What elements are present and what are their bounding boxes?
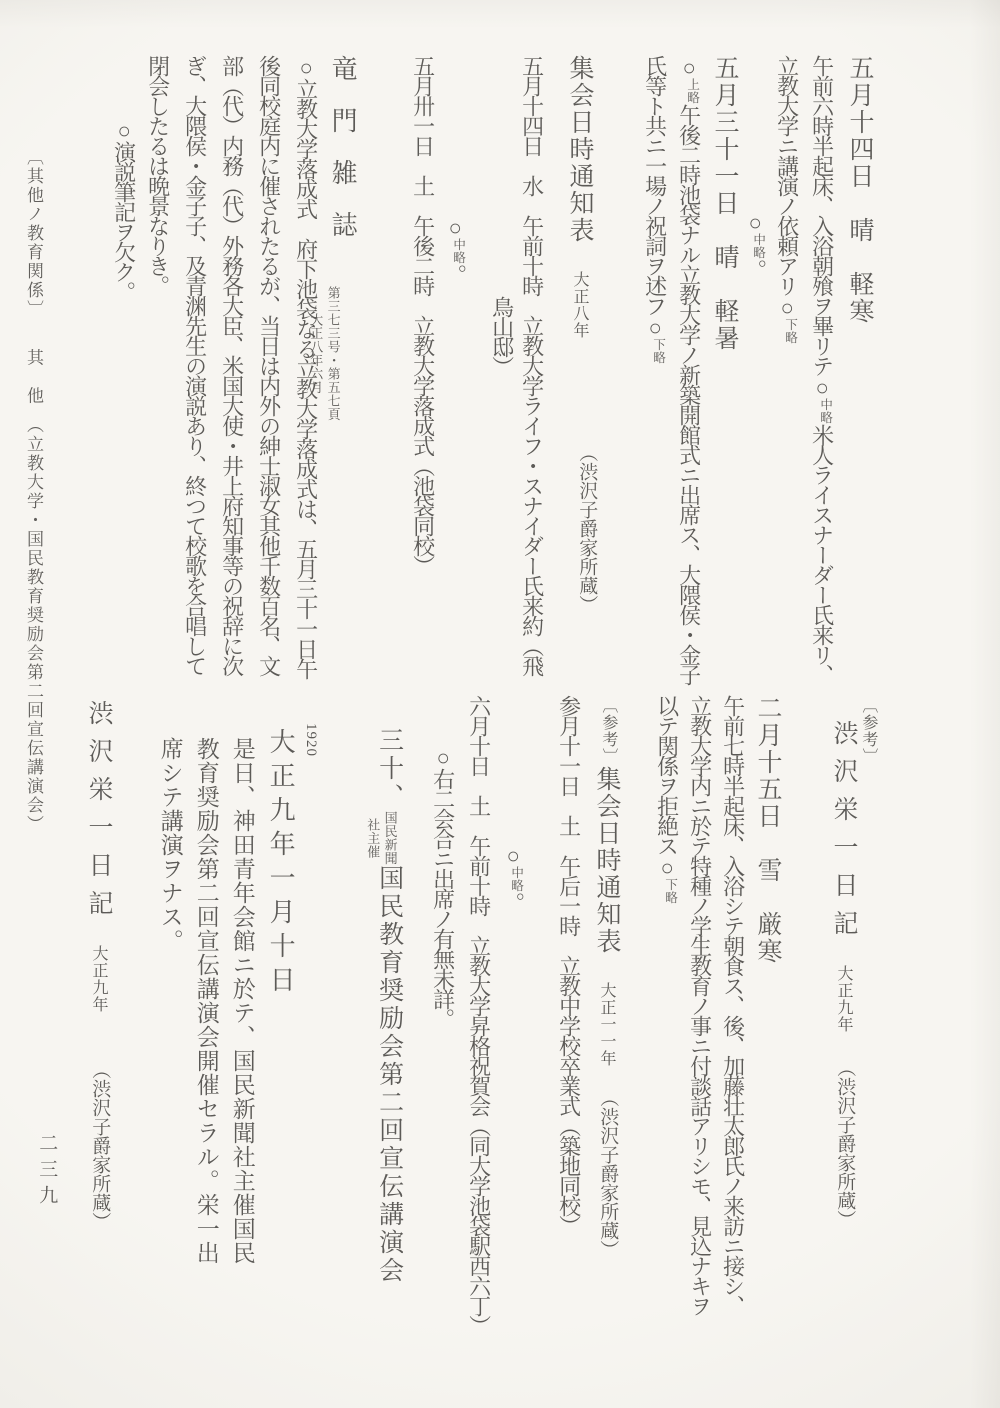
margin-section: 〔其他ノ教育関係〕 其 他 （立教大学・国民教育奨励会第二回宣伝講演会）二三九: [0, 0, 1000, 1408]
margin-header: 〔其他ノ教育関係〕 其 他 （立教大学・国民教育奨励会第二回宣伝講演会）: [24, 148, 43, 834]
page-number: 二三九: [36, 1133, 57, 1211]
text-run: 二三九: [36, 1133, 57, 1211]
text-run: 〔其他ノ教育関係〕 其 他 （立教大学・国民教育奨励会第二回宣伝講演会）: [24, 148, 43, 834]
scanned-page: 五月十四日 晴 軽寒午前六時半起床、入浴朝飱ヲ畢リテ○中略米人ライスナーダー氏来…: [0, 0, 1000, 1408]
